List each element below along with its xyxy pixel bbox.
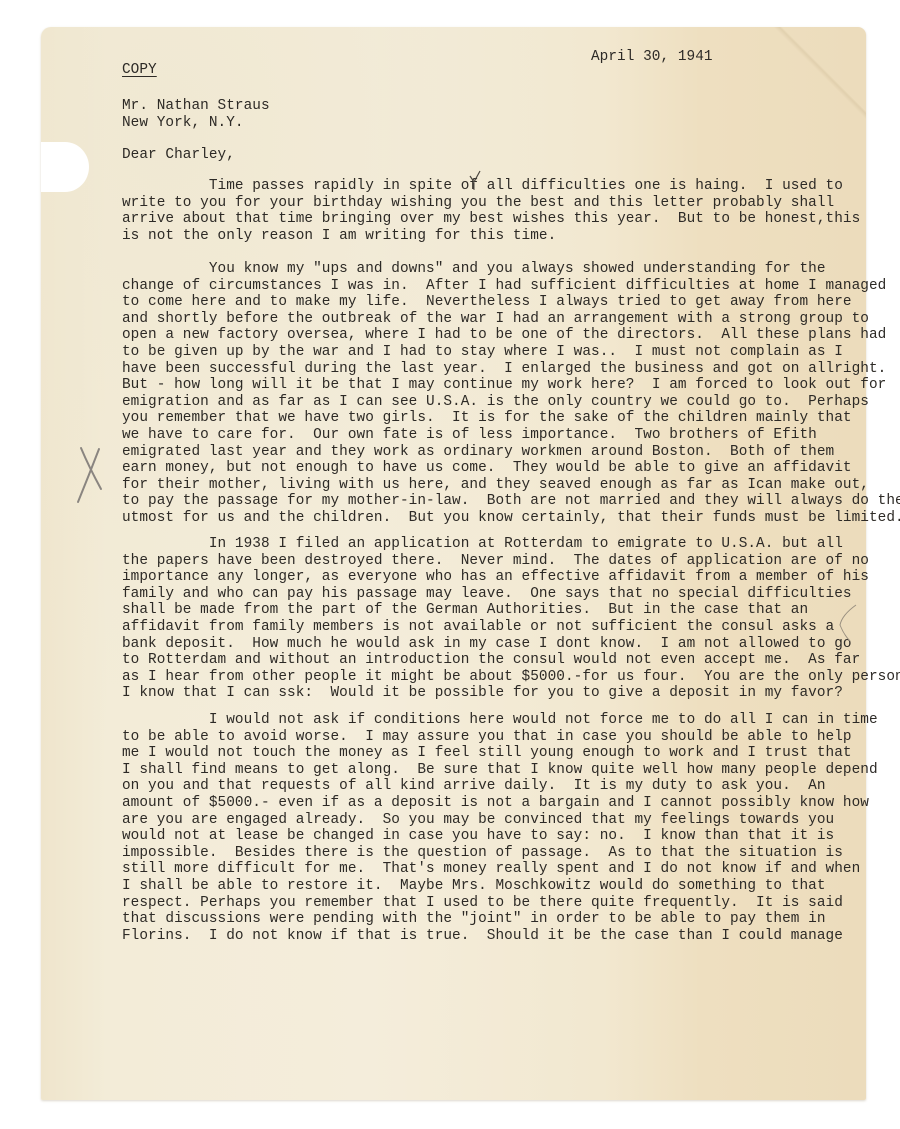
recipient-city: New York, N.Y.	[122, 115, 244, 131]
line: I would not ask if conditions here would…	[122, 712, 878, 728]
paragraph-4: I would not ask if conditions here would…	[122, 712, 878, 944]
line: to be given up by the war and I had to s…	[122, 344, 843, 360]
line: Time passes rapidly in spite of all diff…	[122, 178, 843, 194]
line: emigration and as far as I can see U.S.A…	[122, 394, 869, 410]
line: are you are engaged already. So you may …	[122, 812, 834, 828]
recipient-name: Mr. Nathan Straus	[122, 98, 270, 114]
line: to Rotterdam and without an introduction…	[122, 652, 860, 668]
paragraph-2: You know my "ups and downs" and you alwa…	[122, 261, 900, 527]
line: respect. Perhaps you remember that I use…	[122, 895, 843, 911]
line: and shortly before the outbreak of the w…	[122, 311, 869, 327]
paragraph-1: Time passes rapidly in spite of all diff…	[122, 178, 860, 244]
line: to pay the passage for my mother-in-law.…	[122, 493, 900, 509]
line: still more difficult for me. That's mone…	[122, 861, 860, 877]
line: In 1938 I filed an application at Rotter…	[122, 536, 843, 552]
line: amount of $5000.- even if as a deposit i…	[122, 795, 869, 811]
line: have been successful during the last yea…	[122, 361, 886, 377]
line: family and who can pay his passage may l…	[122, 586, 852, 602]
line: arrive about that time bringing over my …	[122, 211, 860, 227]
pencil-bracket-mark-icon	[838, 603, 860, 643]
recipient-address: Mr. Nathan Straus New York, N.Y.	[122, 98, 270, 131]
line: the papers have been destroyed there. Ne…	[122, 553, 869, 569]
pencil-check-mark-icon	[468, 170, 482, 192]
line: open a new factory oversea, where I had …	[122, 327, 886, 343]
line: change of circumstances I was in. After …	[122, 278, 886, 294]
line: affidavit from family members is not ava…	[122, 619, 834, 635]
line: to come here and to make my life. Nevert…	[122, 294, 852, 310]
torn-paper-edge	[41, 142, 89, 192]
letter-date: April 30, 1941	[591, 49, 713, 66]
copy-label: COPY	[122, 62, 157, 79]
line: on you and that requests of all kind arr…	[122, 778, 826, 794]
line: we have to care for. Our own fate is of …	[122, 427, 817, 443]
line: bank deposit. How much he would ask in m…	[122, 636, 852, 652]
line: that discussions were pending with the "…	[122, 911, 826, 927]
line: would not at lease be changed in case yo…	[122, 828, 834, 844]
line: emigrated last year and they work as ord…	[122, 444, 834, 460]
line: is not the only reason I am writing for …	[122, 228, 556, 244]
line: Florins. I do not know if that is true. …	[122, 928, 843, 944]
line: I shall be able to restore it. Maybe Mrs…	[122, 878, 826, 894]
salutation: Dear Charley,	[122, 147, 235, 164]
line: me I would not touch the money as I feel…	[122, 745, 852, 761]
line: utmost for us and the children. But you …	[122, 510, 900, 526]
line: to be able to avoid worse. I may assure …	[122, 729, 852, 745]
line: impossible. Besides there is the questio…	[122, 845, 843, 861]
line: as I hear from other people it might be …	[122, 669, 900, 685]
line: earn money, but not enough to have us co…	[122, 460, 852, 476]
line: I know that I can ssk: Would it be possi…	[122, 685, 843, 701]
line: shall be made from the part of the Germa…	[122, 602, 808, 618]
line: You know my "ups and downs" and you alwa…	[122, 261, 826, 277]
pencil-x-mark-icon	[75, 445, 105, 505]
line: But - how long will it be that I may con…	[122, 377, 886, 393]
line: write to you for your birthday wishing y…	[122, 195, 834, 211]
line: I shall find means to get along. Be sure…	[122, 762, 878, 778]
line: you remember that we have two girls. It …	[122, 410, 852, 426]
line: importance any longer, as everyone who h…	[122, 569, 869, 585]
paragraph-3: In 1938 I filed an application at Rotter…	[122, 536, 900, 702]
line: for their mother, living with us here, a…	[122, 477, 869, 493]
